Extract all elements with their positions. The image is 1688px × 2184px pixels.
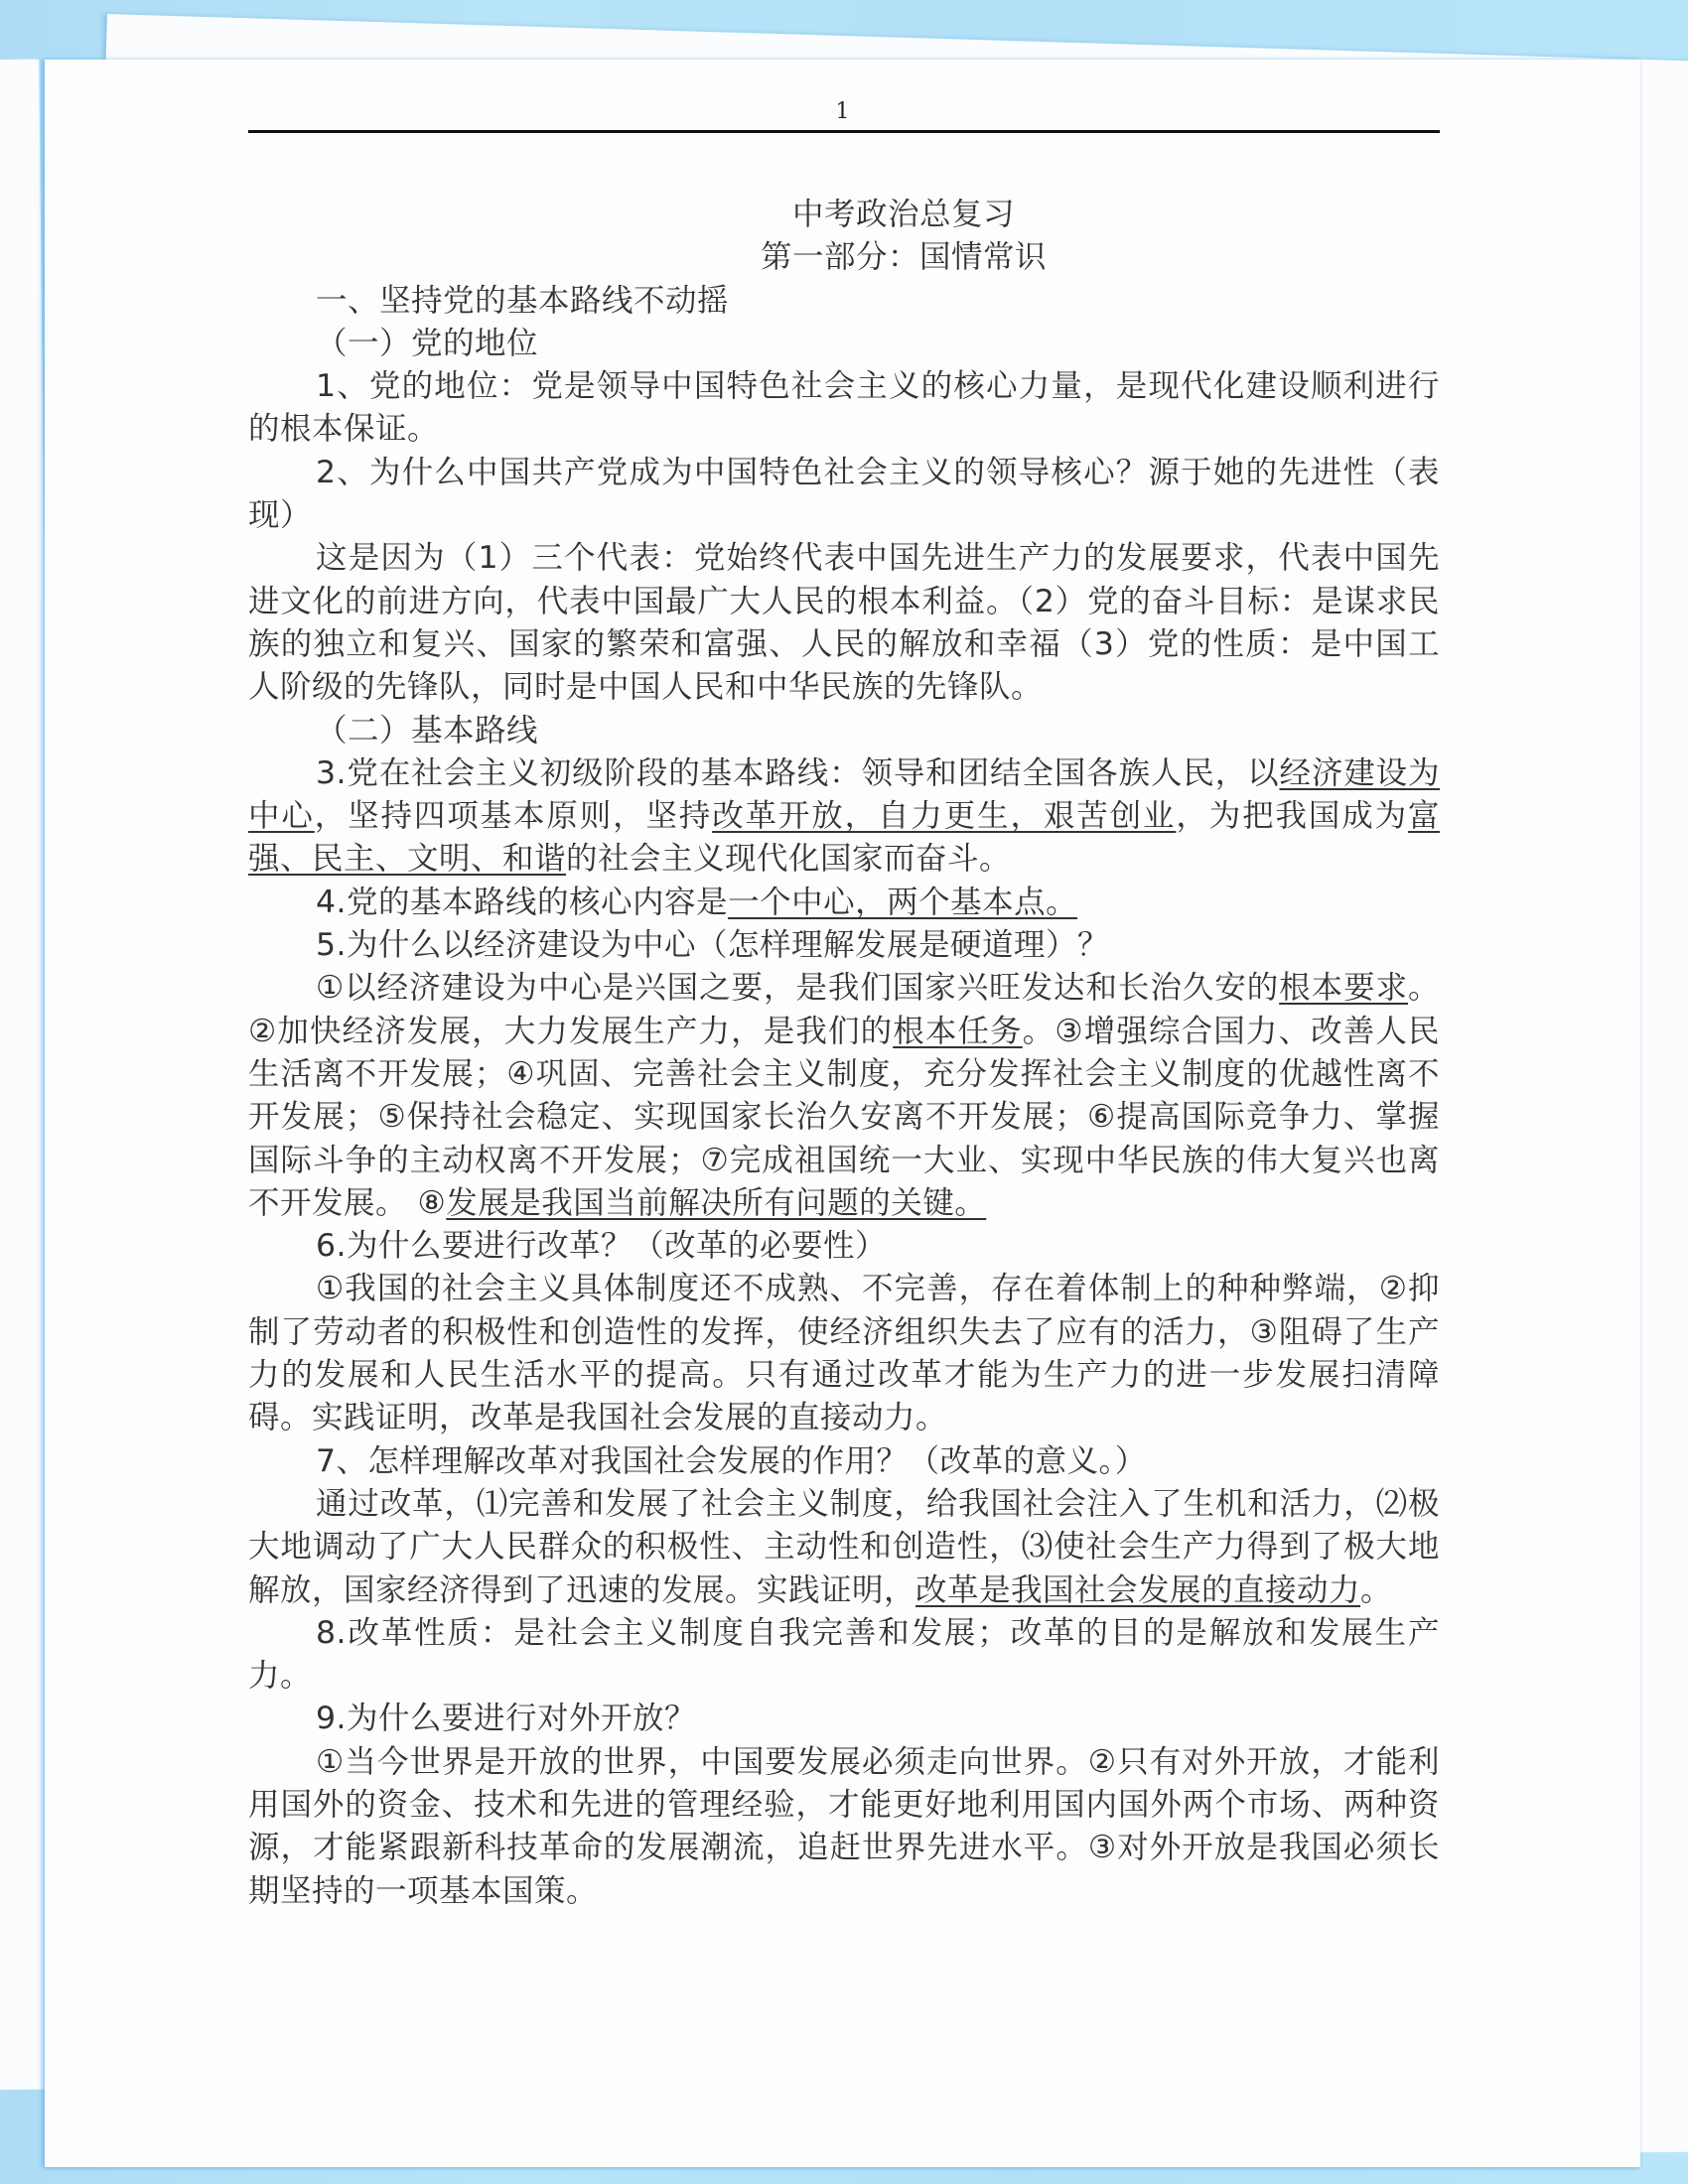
- paragraph: 5.为什么以经济建设为中心（怎样理解发展是硬道理）？: [248, 924, 1440, 967]
- text: ，为把我国成为: [1176, 798, 1408, 834]
- text: 的社会主义现代化国家而奋斗。: [566, 841, 1011, 877]
- paragraph: 3.党在社会主义初级阶段的基本路线：领导和团结全国各族人民，以经济建设为中心，坚…: [248, 752, 1440, 882]
- underlined-text: 一个中心，两个基本点。: [728, 885, 1077, 920]
- text: 。: [1360, 1572, 1392, 1608]
- document-title: 中考政治总复习: [248, 194, 1440, 236]
- paragraph: 通过改革，⑴完善和发展了社会主义制度，给我国社会注入了生机和活力，⑵极大地调动了…: [248, 1483, 1440, 1612]
- paragraph: 1、党的地位：党是领导中国特色社会主义的核心力量，是现代化建设顺利进行的根本保证…: [248, 365, 1440, 452]
- document-body: 中考政治总复习 第一部分：国情常识 一、坚持党的基本路线不动摇 （一）党的地位 …: [248, 194, 1440, 1913]
- document-subtitle: 第一部分：国情常识: [248, 236, 1440, 279]
- document-page: 1 中考政治总复习 第一部分：国情常识 一、坚持党的基本路线不动摇 （一）党的地…: [45, 60, 1640, 2167]
- underlined-text: 根本任务: [893, 1014, 1023, 1049]
- paragraph: 4.党的基本路线的核心内容是一个中心，两个基本点。: [248, 882, 1440, 924]
- page-number: 1: [45, 99, 1640, 124]
- text: 4.党的基本路线的核心内容是: [316, 885, 728, 920]
- paragraph: 这是因为（1）三个代表：党始终代表中国先进生产力的发展要求，代表中国先进文化的前…: [248, 537, 1440, 709]
- paragraph: 2、为什么中国共产党成为中国特色社会主义的领导核心？源于她的先进性（表现）: [248, 452, 1440, 538]
- underlined-text: 改革开放，自力更生，艰苦创业: [712, 798, 1176, 834]
- paragraph: 7、怎样理解改革对我国社会发展的作用？（改革的意义。）: [248, 1440, 1440, 1483]
- paragraph: 8.改革性质：是社会主义制度自我完善和发展；改革的目的是解放和发展生产力。: [248, 1612, 1440, 1699]
- text: ，坚持四项基本原则，坚持: [315, 798, 712, 834]
- text: 3.党在社会主义初级阶段的基本路线：领导和团结全国各族人民，以: [316, 755, 1279, 791]
- section-heading: 一、坚持党的基本路线不动摇: [248, 280, 1440, 323]
- paragraph: ①当今世界是开放的世界，中国要发展必须走向世界。②只有对外开放，才能利用国外的资…: [248, 1741, 1440, 1913]
- underlined-text: 改革是我国社会发展的直接动力: [915, 1572, 1360, 1608]
- text: ①以经济建设为中心是兴国之要，是我们国家兴旺发达和长治久安的: [316, 970, 1279, 1006]
- paragraph: 9.为什么要进行对外开放？: [248, 1698, 1440, 1740]
- paragraph: 6.为什么要进行改革？（改革的必要性）: [248, 1225, 1440, 1268]
- paragraph: ①以经济建设为中心是兴国之要，是我们国家兴旺发达和长治久安的根本要求。②加快经济…: [248, 967, 1440, 1225]
- subsection-heading: （一）党的地位: [248, 323, 1440, 365]
- underlined-text: 发展是我国当前解决所有问题的关键。: [446, 1185, 986, 1221]
- underlined-text: 根本要求: [1279, 970, 1408, 1006]
- paragraph: ①我国的社会主义具体制度还不成熟、不完善，存在着体制上的种种弊端，②抑制了劳动者…: [248, 1268, 1440, 1439]
- subsection-heading: （二）基本路线: [248, 710, 1440, 752]
- header-rule: [248, 130, 1440, 133]
